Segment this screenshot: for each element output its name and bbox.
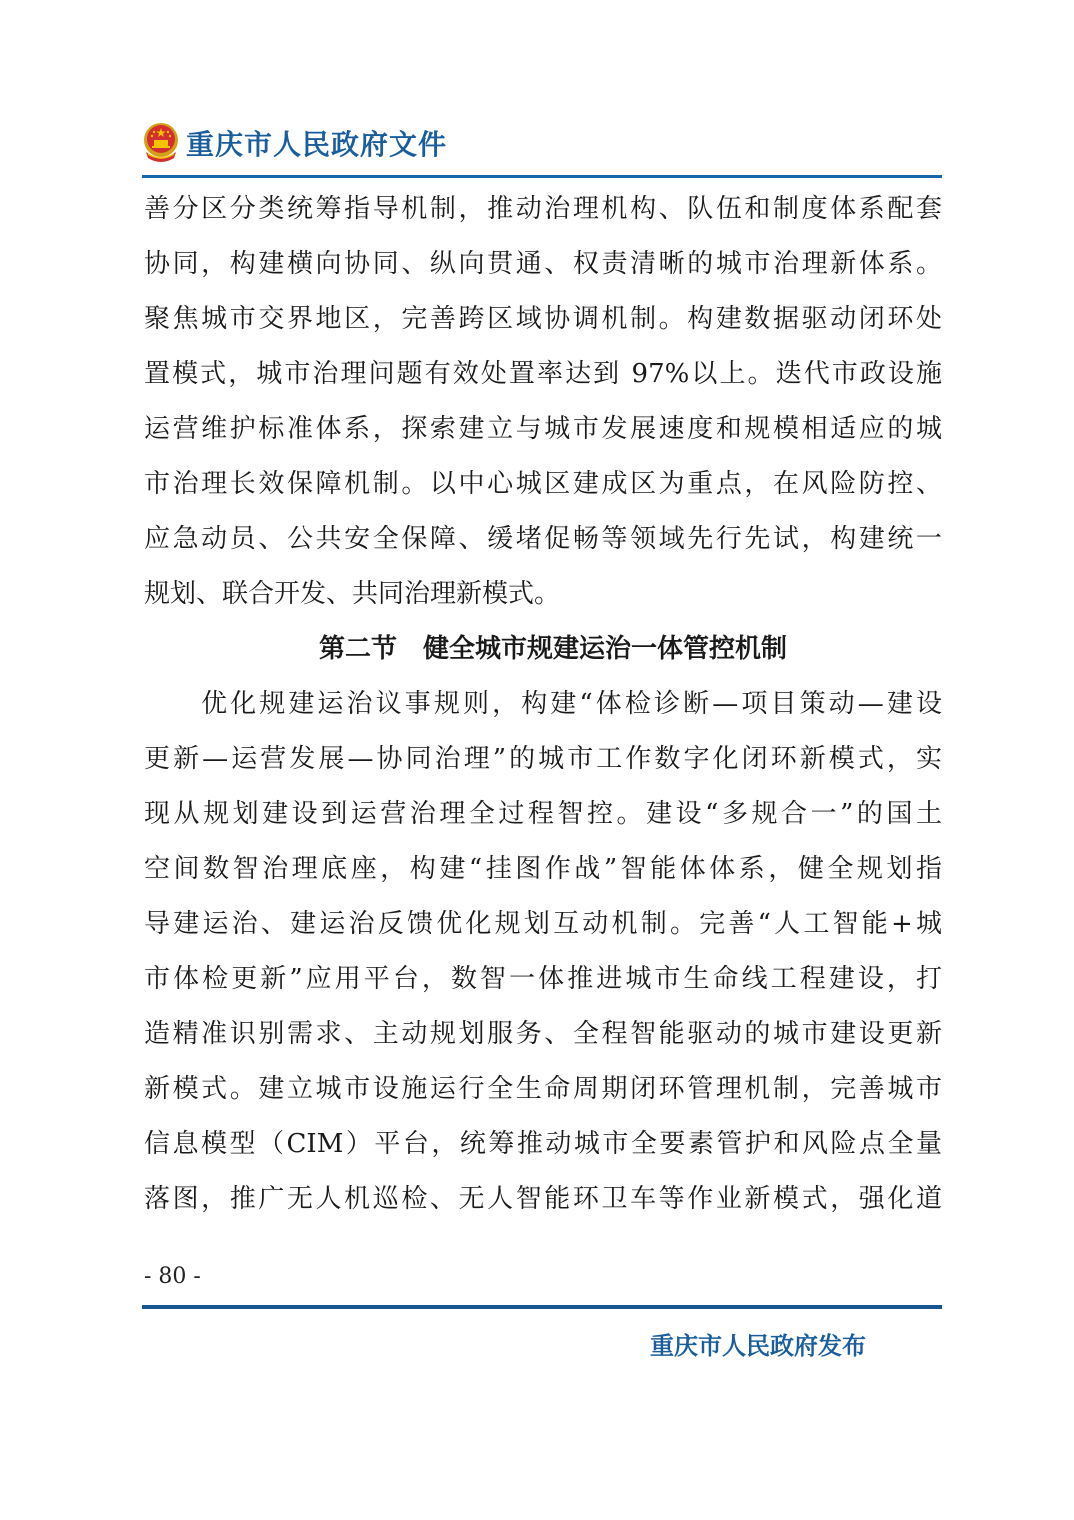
body-line: 聚焦城市交界地区，完善跨区域协调机制。构建数据驱动闭环处 [144, 292, 942, 347]
body-line: 应急动员、公共安全保障、缓堵促畅等领域先行先试，构建统一 [144, 512, 942, 567]
publisher-label: 重庆市人民政府发布 [650, 1326, 866, 1361]
document-header: 重庆市人民政府文件 [142, 118, 447, 168]
footer-divider [142, 1305, 942, 1309]
section-heading: 第二节 健全城市规建运治一体管控机制 [144, 622, 942, 677]
body-line: 市治理长效保障机制。以中心城区建成区为重点，在风险防控、 [144, 457, 942, 512]
page-number: - 80 - [144, 1264, 201, 1289]
body-line: 置模式，城市治理问题有效处置率达到 97%以上。迭代市政设施 [144, 347, 942, 402]
body-line: 信息模型（CIM）平台，统筹推动城市全要素管护和风险点全量 [144, 1117, 942, 1172]
document-title: 重庆市人民政府文件 [186, 123, 447, 163]
body-line: 协同，构建横向协同、纵向贯通、权责清晰的城市治理新体系。 [144, 237, 942, 292]
body-line: 空间数智治理底座，构建“挂图作战”智能体体系，健全规划指 [144, 842, 942, 897]
body-line: 落图，推广无人机巡检、无人智能环卫车等作业新模式，强化道 [144, 1172, 942, 1227]
body-line: 造精准识别需求、主动规划服务、全程智能驱动的城市建设更新 [144, 1007, 942, 1062]
body-line: 规划、联合开发、共同治理新模式。 [144, 567, 942, 622]
body-line: 善分区分类统筹指导机制，推动治理机构、队伍和制度体系配套 [144, 182, 942, 237]
body-line: 新模式。建立城市设施运行全生命周期闭环管理机制，完善城市 [144, 1062, 942, 1117]
body-line: 更新—运营发展—协同治理”的城市工作数字化闭环新模式，实 [144, 732, 942, 787]
body-line: 优化规建运治议事规则，构建“体检诊断—项目策动—建设 [144, 677, 942, 732]
body-line: 现从规划建设到运营治理全过程智控。建设“多规合一”的国土 [144, 787, 942, 842]
national-emblem-icon [142, 122, 180, 164]
body-line: 运营维护标准体系，探索建立与城市发展速度和规模相适应的城 [144, 402, 942, 457]
header-divider [142, 175, 942, 178]
body-line: 市体检更新”应用平台，数智一体推进城市生命线工程建设，打 [144, 952, 942, 1007]
body-line: 导建运治、建运治反馈优化规划互动机制。完善“人工智能+城 [144, 897, 942, 952]
document-body: 善分区分类统筹指导机制，推动治理机构、队伍和制度体系配套 协同，构建横向协同、纵… [144, 182, 942, 1227]
